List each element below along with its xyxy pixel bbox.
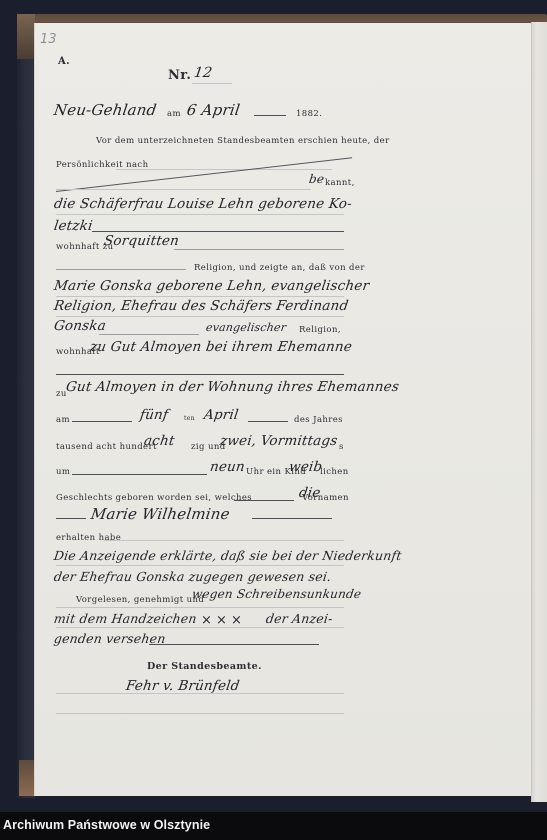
bekannt-printed: kannt,: [325, 178, 355, 188]
bekannt-handwritten: be: [308, 172, 325, 186]
rule: [72, 474, 207, 475]
rule: [56, 269, 186, 270]
rule: [99, 334, 199, 335]
register-page: 13 A. Nr. 12 Neu-Gehland am 6 April 1882…: [34, 23, 531, 796]
registry-place: Neu-Gehland: [53, 101, 158, 119]
rule: [149, 644, 319, 645]
informant-cross-marks: × × ×: [201, 613, 242, 628]
signature-line-1: mit dem Handzeichen: [53, 611, 198, 626]
rule: [248, 421, 288, 422]
book-corner-bottom: [19, 760, 35, 796]
informant-line-2: letzki: [53, 218, 94, 234]
rule: [56, 627, 344, 628]
mother-line-1: Marie Gonska geborene Lehn, evangelische…: [53, 278, 370, 294]
record-number-label: Nr.: [168, 68, 191, 83]
official-signature: Fehr v. Brünfeld: [125, 678, 241, 694]
official-title: Der Standesbeamte.: [147, 661, 262, 672]
rule: [56, 713, 344, 714]
rule: [116, 169, 332, 170]
parents-residence: zu Gut Almoyen bei ihrem Ehemanne: [89, 339, 353, 355]
vorgelesen-handwritten: wegen Schreibensunkunde: [191, 587, 362, 601]
year-tens: acht: [143, 433, 176, 449]
note-line-2: der Ehefrau Gonska zugegen gewesen sei.: [53, 569, 332, 584]
rule: [104, 540, 344, 541]
note-line-1: Die Anzeigende erklärte, daß sie bei der…: [53, 548, 403, 563]
rule: [56, 316, 344, 317]
vornamen-label: Vornamen: [302, 493, 349, 503]
trailing-s: s: [339, 442, 344, 452]
pencil-folio-number: 13: [40, 32, 57, 47]
father-religion: evangelischer: [205, 321, 287, 334]
rule: [56, 296, 344, 297]
rule: [234, 500, 294, 501]
ten-label: ten: [184, 415, 195, 422]
form-letter: A.: [58, 56, 70, 67]
birth-hour: neun: [209, 459, 246, 475]
rule: [254, 115, 286, 116]
mother-line-2: Religion, Ehefrau des Schäfers Ferdinand: [53, 298, 350, 314]
record-number-value: 12: [193, 65, 213, 81]
rule: [92, 231, 344, 232]
birth-place: Gut Almoyen in der Wohnung ihres Ehemann…: [65, 379, 400, 395]
informant-line-1: die Schäferfrau Louise Lehn geborene Ko-: [53, 196, 353, 212]
birth-day: fünf: [139, 407, 169, 423]
birth-month: April: [203, 407, 240, 423]
book-corner-top: [17, 14, 35, 59]
am-label: am: [167, 109, 181, 119]
rule: [174, 249, 344, 250]
book-spine-binding: [17, 14, 35, 798]
informant-residence: Sorquitten: [103, 233, 180, 249]
child-given-names: Marie Wilhelmine: [90, 505, 231, 523]
next-page-edge: [531, 22, 547, 802]
intro-line: Vor dem unterzeichneten Standesbeamten e…: [96, 136, 390, 146]
rule: [56, 565, 344, 566]
geschlechts-line: Geschlechts geboren worden sei, welches: [56, 493, 252, 503]
tausend-label: tausend acht hundert: [56, 442, 157, 452]
rule: [72, 421, 132, 422]
rule: [56, 189, 311, 190]
rule: [56, 518, 86, 519]
rule: [192, 83, 232, 84]
archive-name: Archiwum Państwowe w Olsztynie: [3, 818, 210, 832]
rule: [56, 374, 344, 375]
religion-line: Religion, und zeigte an, daß von der: [194, 263, 365, 273]
rule: [252, 518, 332, 519]
child-sex: weib: [288, 459, 324, 475]
lichen-label: lichen: [320, 467, 349, 477]
vorgelesen-label: Vorgelesen, genehmigt und: [76, 595, 204, 605]
year-units-and-time: zwei, Vormittags: [219, 433, 339, 449]
signature-line-1-end: der Anzei-: [265, 611, 334, 626]
des-jahres-label: des Jahres: [294, 415, 343, 425]
record-date: 6 April: [186, 101, 241, 119]
father-name: Gonska: [53, 318, 107, 334]
am-label-2: am: [56, 415, 70, 425]
erhalten-label: erhalten habe: [56, 533, 121, 543]
religion-label: Religion,: [299, 325, 341, 335]
rule: [56, 693, 344, 694]
record-year: 1882.: [296, 109, 322, 119]
um-label: um: [56, 467, 70, 477]
rule: [56, 607, 344, 608]
rule: [56, 214, 344, 215]
